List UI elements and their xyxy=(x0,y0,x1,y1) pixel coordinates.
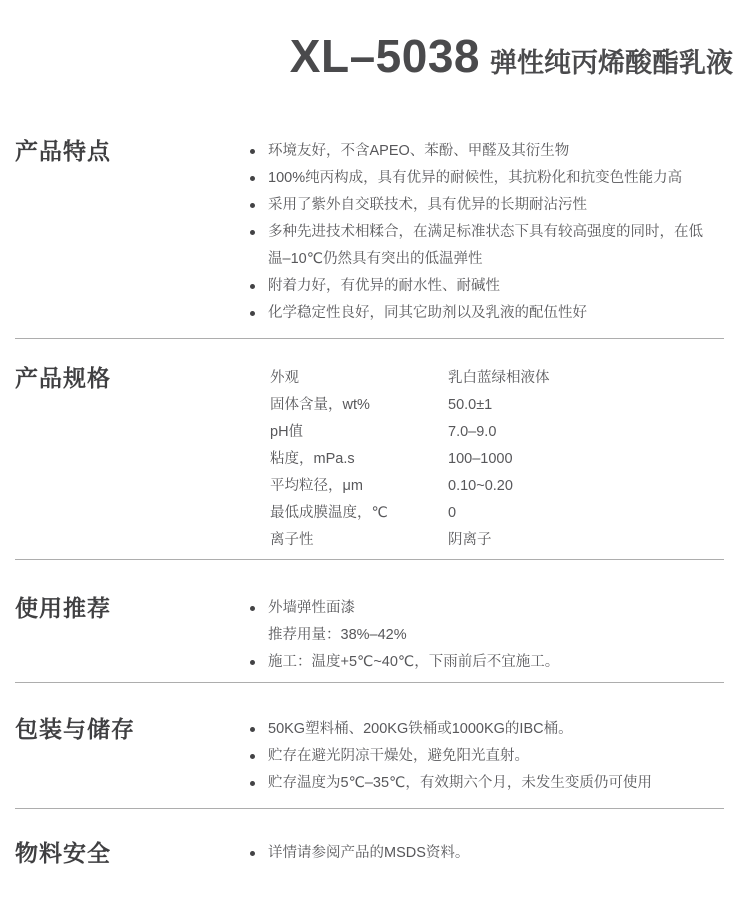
section-divider xyxy=(15,682,724,683)
section-divider xyxy=(15,808,724,809)
bullet-icon xyxy=(250,595,268,622)
spec-row: 外观 乳白蓝绿相液体 xyxy=(250,365,735,392)
list-item-text: 详情请参阅产品的MSDS资料。 xyxy=(268,840,735,867)
list-item: 附着力好，有优异的耐水性、耐碱性 xyxy=(250,273,735,300)
spec-table: 外观 乳白蓝绿相液体 固体含量，wt% 50.0±1 pH值 7.0–9.0 粘… xyxy=(250,365,750,554)
safety-bullet-list: 详情请参阅产品的MSDS资料。 xyxy=(250,840,750,867)
list-item-text: 50KG塑料桶、200KG铁桶或1000KG的IBC桶。 xyxy=(268,716,735,743)
list-item: 贮存温度为5℃–35℃，有效期六个月，未发生变质仍可使用 xyxy=(250,770,735,797)
spec-value: 7.0–9.0 xyxy=(448,419,735,446)
spec-label: 粘度，mPa.s xyxy=(270,446,448,473)
bullet-icon xyxy=(250,219,268,273)
list-item: 多种先进技术相糅合，在满足标准状态下具有较高强度的同时，在低 温–10℃仍然具有… xyxy=(250,219,735,273)
bullet-icon xyxy=(250,770,268,797)
spec-label: 离子性 xyxy=(270,527,448,554)
usage-sub-line: 推荐用量：38%–42% xyxy=(250,622,735,649)
bullet-icon xyxy=(250,165,268,192)
list-item-text: 施工：温度+5℃~40℃，下雨前后不宜施工。 xyxy=(268,649,735,676)
bullet-icon xyxy=(250,300,268,327)
product-name: 弹性纯丙烯酸酯乳液 xyxy=(490,48,733,78)
section-usage: 使用推荐 外墙弹性面漆 推荐用量：38%–42% 施工：温度+5℃~40℃，下雨… xyxy=(0,595,750,676)
section-specs-heading: 产品规格 xyxy=(0,365,250,392)
spec-label: 最低成膜温度，℃ xyxy=(270,500,448,527)
list-item: 环境友好，不含APEO、苯酚、甲醛及其衍生物 xyxy=(250,138,735,165)
spec-value: 阴离子 xyxy=(448,527,735,554)
spec-value: 50.0±1 xyxy=(448,392,735,419)
list-item-text: 多种先进技术相糅合，在满足标准状态下具有较高强度的同时，在低 温–10℃仍然具有… xyxy=(268,219,735,273)
spec-value: 乳白蓝绿相液体 xyxy=(448,365,735,392)
spec-value: 0.10~0.20 xyxy=(448,473,735,500)
section-safety: 物料安全 详情请参阅产品的MSDS资料。 xyxy=(0,840,750,867)
spec-label: pH值 xyxy=(270,419,448,446)
list-item-text: 化学稳定性良好，同其它助剂以及乳液的配伍性好 xyxy=(268,300,735,327)
list-item-text: 贮存在避光阴凉干燥处，避免阳光直射。 xyxy=(268,743,735,770)
bullet-icon xyxy=(250,649,268,676)
spec-row: pH值 7.0–9.0 xyxy=(250,419,735,446)
list-item: 50KG塑料桶、200KG铁桶或1000KG的IBC桶。 xyxy=(250,716,735,743)
list-item: 化学稳定性良好，同其它助剂以及乳液的配伍性好 xyxy=(250,300,735,327)
bullet-icon xyxy=(250,840,268,867)
features-bullet-list: 环境友好，不含APEO、苯酚、甲醛及其衍生物 100%纯丙构成，具有优异的耐候性… xyxy=(250,138,750,327)
section-usage-heading: 使用推荐 xyxy=(0,595,250,622)
section-safety-heading: 物料安全 xyxy=(0,840,250,867)
section-divider xyxy=(15,559,724,560)
spec-row: 离子性 阴离子 xyxy=(250,527,735,554)
list-item: 施工：温度+5℃~40℃，下雨前后不宜施工。 xyxy=(250,649,735,676)
spec-value: 100–1000 xyxy=(448,446,735,473)
spec-label: 外观 xyxy=(270,365,448,392)
list-item: 贮存在避光阴凉干燥处，避免阳光直射。 xyxy=(250,743,735,770)
list-item: 采用了紫外自交联技术，具有优异的长期耐沾污性 xyxy=(250,192,735,219)
packaging-bullet-list: 50KG塑料桶、200KG铁桶或1000KG的IBC桶。 贮存在避光阴凉干燥处，… xyxy=(250,716,750,797)
section-features-heading: 产品特点 xyxy=(0,138,250,165)
bullet-icon xyxy=(250,273,268,300)
section-divider xyxy=(15,338,724,339)
section-packaging-heading: 包装与储存 xyxy=(0,716,250,743)
bullet-icon xyxy=(250,716,268,743)
list-item-text: 外墙弹性面漆 xyxy=(268,595,735,622)
spec-label: 平均粒径，μm xyxy=(270,473,448,500)
section-features: 产品特点 环境友好，不含APEO、苯酚、甲醛及其衍生物 100%纯丙构成，具有优… xyxy=(0,138,750,327)
list-item: 100%纯丙构成，具有优异的耐候性，其抗粉化和抗变色性能力高 xyxy=(250,165,735,192)
spec-label: 固体含量，wt% xyxy=(270,392,448,419)
list-item-text: 附着力好，有优异的耐水性、耐碱性 xyxy=(268,273,735,300)
spec-row: 固体含量，wt% 50.0±1 xyxy=(250,392,735,419)
list-item-text: 环境友好，不含APEO、苯酚、甲醛及其衍生物 xyxy=(268,138,735,165)
spec-row: 最低成膜温度，℃ 0 xyxy=(250,500,735,527)
usage-bullet-list: 外墙弹性面漆 推荐用量：38%–42% 施工：温度+5℃~40℃，下雨前后不宜施… xyxy=(250,595,750,676)
list-item-text: 贮存温度为5℃–35℃，有效期六个月，未发生变质仍可使用 xyxy=(268,770,735,797)
bullet-icon xyxy=(250,138,268,165)
list-item: 外墙弹性面漆 xyxy=(250,595,735,622)
list-item-text: 100%纯丙构成，具有优异的耐候性，其抗粉化和抗变色性能力高 xyxy=(268,165,735,192)
datasheet-page: XL–5038弹性纯丙烯酸酯乳液 产品特点 环境友好，不含APEO、苯酚、甲醛及… xyxy=(0,0,750,920)
product-title: XL–5038弹性纯丙烯酸酯乳液 xyxy=(0,0,750,90)
list-item: 详情请参阅产品的MSDS资料。 xyxy=(250,840,735,867)
bullet-icon xyxy=(250,743,268,770)
product-code: XL–5038 xyxy=(290,30,480,82)
list-item-text: 采用了紫外自交联技术，具有优异的长期耐沾污性 xyxy=(268,192,735,219)
bullet-icon xyxy=(250,192,268,219)
spec-row: 平均粒径，μm 0.10~0.20 xyxy=(250,473,735,500)
section-specs: 产品规格 外观 乳白蓝绿相液体 固体含量，wt% 50.0±1 pH值 7.0–… xyxy=(0,365,750,554)
section-packaging: 包装与储存 50KG塑料桶、200KG铁桶或1000KG的IBC桶。 贮存在避光… xyxy=(0,716,750,797)
spec-row: 粘度，mPa.s 100–1000 xyxy=(250,446,735,473)
spec-value: 0 xyxy=(448,500,735,527)
